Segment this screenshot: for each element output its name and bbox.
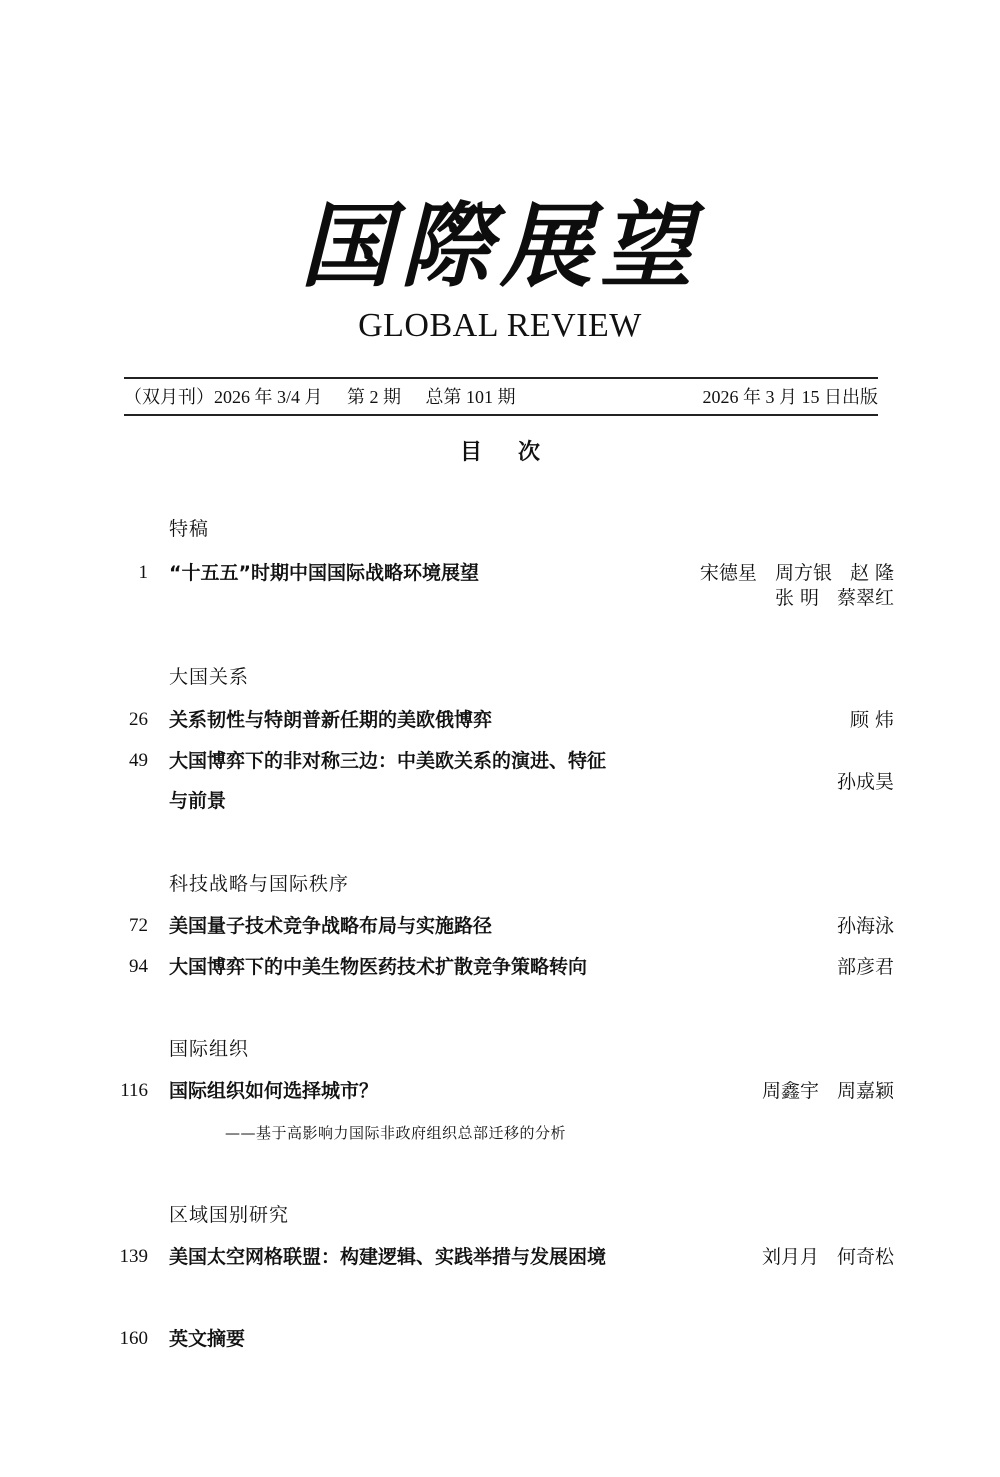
author: 蔡翠红 (837, 587, 894, 609)
page-number: 1 (100, 560, 148, 586)
author: 孙海泳 (837, 915, 894, 937)
total-issue-number: 总第 101 期 (426, 387, 516, 407)
page-number: 139 (100, 1244, 148, 1270)
author: 孙成昊 (837, 771, 894, 793)
author: 周方银 (775, 562, 832, 584)
page-number: 94 (100, 954, 148, 980)
author: 何奇松 (837, 1246, 894, 1268)
section-label-regional-studies: 区域国别研究 (169, 1202, 289, 1228)
masthead-english-title: GLOBAL REVIEW (0, 306, 1000, 346)
authors: 顾 炜 (832, 707, 894, 733)
author: 刘月月 (762, 1246, 819, 1268)
section-label-tech-strategy: 科技战略与国际秩序 (169, 871, 349, 897)
article-title-line-1[interactable]: 大国博弈下的非对称三边：中美欧关系的演进、特征 (169, 748, 606, 774)
author: 宋德星 (700, 562, 757, 584)
page-number: 72 (100, 913, 148, 939)
authors-line-1: 宋德星周方银赵 隆 (682, 560, 894, 586)
article-title[interactable]: 国际组织如何选择城市？ (169, 1078, 378, 1104)
authors: 周鑫宇周嘉颖 (744, 1078, 894, 1104)
bottom-rule (124, 414, 878, 416)
section-label-international-organizations: 国际组织 (169, 1036, 249, 1062)
masthead-chinese-title: 国際展望 (0, 196, 1000, 296)
article-title[interactable]: 英文摘要 (169, 1326, 245, 1352)
toc-heading-char-1: 目 (460, 439, 482, 465)
toc-heading-char-2: 次 (518, 439, 540, 465)
page-number: 26 (100, 707, 148, 733)
author: 赵 隆 (850, 562, 894, 584)
author: 周鑫宇 (762, 1080, 819, 1102)
author: 顾 炜 (850, 709, 894, 731)
author: 周嘉颖 (837, 1080, 894, 1102)
article-subtitle: ——基于高影响力国际非政府组织总部迁移的分析 (225, 1122, 566, 1144)
top-rule (124, 377, 878, 379)
article-title[interactable]: “十五五”时期中国国际战略环境展望 (169, 560, 479, 586)
article-title-line-2[interactable]: 与前景 (169, 788, 226, 814)
article-title[interactable]: 关系韧性与特朗普新任期的美欧俄博弈 (169, 707, 492, 733)
page-number: 49 (100, 748, 148, 774)
authors: 刘月月何奇松 (744, 1244, 894, 1270)
page-number: 116 (100, 1078, 148, 1104)
publish-date: 2026 年 3 月 15 日出版 (703, 387, 879, 407)
authors: 孙海泳 (819, 913, 894, 939)
authors-line-2: 张 明蔡翠红 (757, 585, 894, 611)
authors: 孙成昊 (819, 769, 894, 795)
issue-info-bar: （双月刊）2026 年 3/4 月 第 2 期 总第 101 期 2026 年 … (124, 384, 878, 410)
article-title[interactable]: 大国博弈下的中美生物医药技术扩散竞争策略转向 (169, 954, 587, 980)
section-label-major-power-relations: 大国关系 (169, 664, 249, 690)
toc-heading: 目次 (0, 437, 1000, 467)
page-number: 160 (100, 1326, 148, 1352)
author: 部彦君 (837, 956, 894, 978)
issue-number: 第 2 期 (347, 387, 401, 407)
authors: 部彦君 (819, 954, 894, 980)
article-title[interactable]: 美国太空网格联盟：构建逻辑、实践举措与发展困境 (169, 1244, 606, 1270)
author: 张 明 (775, 587, 819, 609)
section-label-special: 特稿 (169, 516, 209, 542)
issue-frequency: （双月刊）2026 年 3/4 月 (124, 387, 323, 407)
article-title[interactable]: 美国量子技术竞争战略布局与实施路径 (169, 913, 492, 939)
